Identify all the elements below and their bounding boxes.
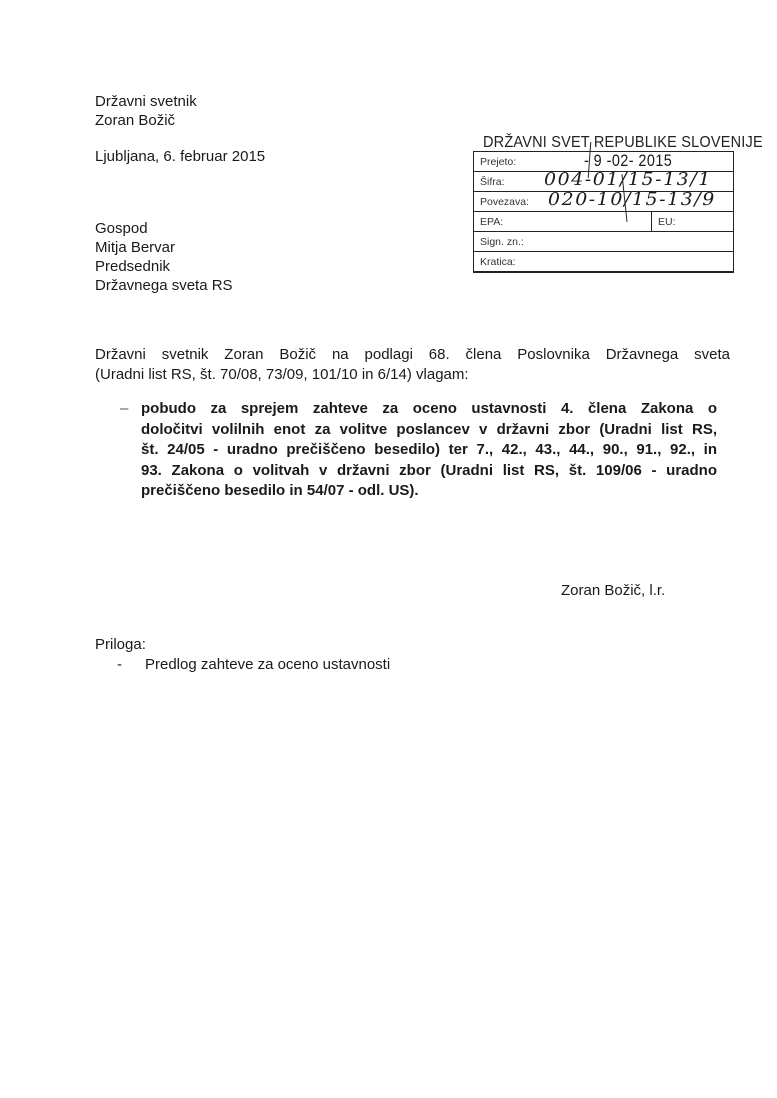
bullet-line: pobudo za sprejem zahteve za oceno ustav…	[141, 399, 717, 420]
stamp-title: DRŽAVNI SVET REPUBLIKE SLOVENIJE	[483, 134, 763, 151]
bullet-line: št. 24/05 - uradno prečiščeno besedilo) …	[141, 440, 717, 461]
stamp-link-value: 020-10/15-13/9	[548, 189, 716, 210]
recipient-institution: Državnega sveta RS	[95, 276, 233, 295]
bullet-line: 93. Zakona o volitvah v državni zbor (Ur…	[141, 461, 717, 482]
bullet-line: določitvi volilnih enot za volitve posla…	[141, 420, 717, 441]
reception-stamp: Prejeto: - 9 -02- 2015 Šifra: 004-01/15-…	[473, 151, 734, 273]
stamp-divider	[651, 212, 652, 231]
stamp-label: EU:	[658, 216, 676, 228]
stamp-label: Šifra:	[480, 176, 505, 188]
recipient-position: Predsednik	[95, 257, 233, 276]
recipient-salutation: Gospod	[95, 219, 233, 238]
stamp-received-date: - 9 -02- 2015	[584, 151, 672, 171]
recipient-name: Mitja Bervar	[95, 238, 233, 257]
stamp-row-sign: Sign. zn.:	[474, 232, 733, 252]
attachment-marker: -	[117, 655, 122, 674]
intro-line: (Uradni list RS, št. 70/08, 73/09, 101/1…	[95, 365, 730, 385]
stamp-label: Prejeto:	[480, 156, 516, 168]
stamp-row-link: Povezava: 020-10/15-13/9	[474, 192, 733, 212]
stamp-label: EPA:	[480, 216, 503, 228]
intro-line: Državni svetnik Zoran Božič na podlagi 6…	[95, 345, 730, 365]
stamp-label: Kratica:	[480, 256, 516, 268]
bullet-marker: –	[120, 400, 128, 417]
stamp-row-abbrev: Kratica:	[474, 252, 733, 272]
intro-paragraph: Državni svetnik Zoran Božič na podlagi 6…	[95, 345, 730, 385]
stamp-row-epa: EPA: EU:	[474, 212, 733, 232]
recipient-block: Gospod Mitja Bervar Predsednik Državnega…	[95, 219, 233, 295]
signature: Zoran Božič, l.r.	[561, 581, 665, 600]
sender-name: Zoran Božič	[95, 111, 197, 130]
attachment-item: Predlog zahteve za oceno ustavnosti	[145, 655, 390, 674]
stamp-code-value: 004-01/15-13/1	[544, 169, 712, 190]
bullet-line: prečiščeno besedilo in 54/07 - odl. US).	[141, 481, 717, 502]
sender-title: Državni svetnik	[95, 92, 197, 111]
request-bullet: pobudo za sprejem zahteve za oceno ustav…	[141, 399, 717, 502]
stamp-label: Sign. zn.:	[480, 236, 524, 248]
date-line: Ljubljana, 6. februar 2015	[95, 147, 265, 166]
sender-block: Državni svetnik Zoran Božič	[95, 92, 197, 130]
attachments-label: Priloga:	[95, 635, 146, 654]
stamp-label: Povezava:	[480, 196, 529, 208]
